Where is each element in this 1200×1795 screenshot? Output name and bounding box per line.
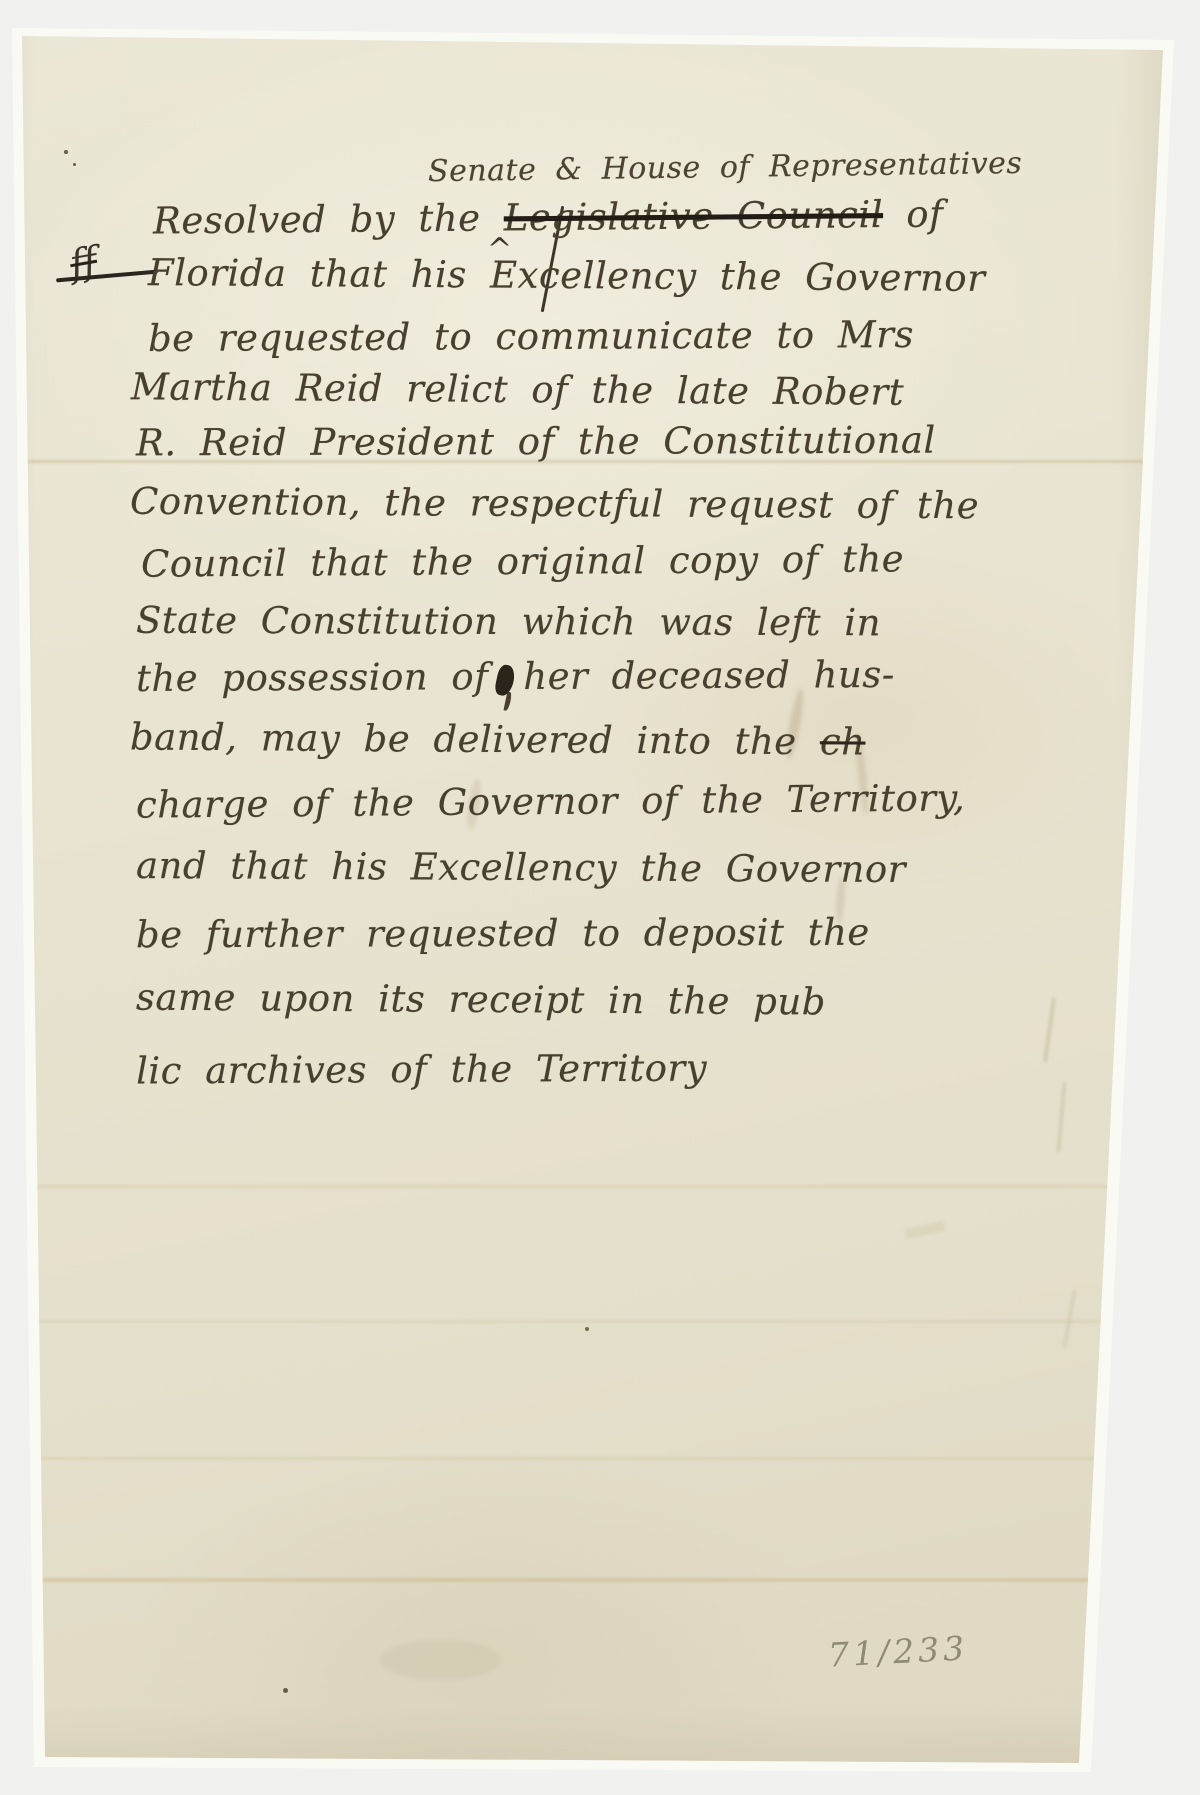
manuscript-line: Council that the original copy of the (141, 537, 904, 585)
handwriting-layer: Senate & House of Representatives ^ ff R… (0, 0, 1200, 1795)
line-text: of (883, 193, 944, 237)
line-text: her deceased hus- (523, 653, 895, 698)
struck-text: ch (820, 720, 866, 763)
line-text: State Constitution which was left in (136, 599, 881, 645)
interlineation-text: Senate & House of Representatives (428, 146, 1023, 189)
manuscript-line: Resolved by the Legislative Council of (153, 193, 944, 243)
manuscript-line: R. Reid President of the Constitutional (136, 419, 936, 465)
line-text: the possession of (136, 655, 489, 700)
line-text: lic archives of the Territory (136, 1047, 707, 1093)
line-text: Martha Reid relict of the late Robert (131, 365, 904, 413)
manuscript-line: the possession ofher deceased hus- (136, 653, 895, 700)
manuscript-line: Martha Reid relict of the late Robert (131, 365, 904, 413)
line-text: R. Reid President of the Constitutional (136, 419, 936, 465)
manuscript-line: Florida that his Excellency the Governor (148, 251, 986, 300)
manuscript-line: be requested to communicate to Mrs (148, 313, 914, 360)
manuscript-line: same upon its receipt in the pub (136, 976, 826, 1024)
manuscript-line: be further requested to deposit the (136, 911, 870, 957)
line-text: be further requested to deposit the (136, 911, 870, 957)
line-text: Resolved by the (153, 196, 504, 242)
line-text: same upon its receipt in the pub (136, 976, 826, 1024)
line-text: Convention, the respectful request of th… (130, 480, 979, 527)
manuscript-line: and that his Excellency the Governor (136, 844, 906, 891)
manuscript-line: State Constitution which was left in (136, 599, 881, 645)
document-scan: Senate & House of Representatives ^ ff R… (0, 0, 1200, 1795)
pencil-page-number: 71/233 (827, 1628, 969, 1674)
line-text: charge of the Governor of the Territory, (136, 776, 966, 826)
line-text: be requested to communicate to Mrs (148, 313, 914, 360)
manuscript-line: charge of the Governor of the Territory, (136, 776, 966, 826)
line-text: Council that the original copy of the (141, 537, 904, 585)
manuscript-line: band, may be delivered into the ch (130, 715, 866, 763)
ink-blot (494, 663, 517, 697)
manuscript-line: Convention, the respectful request of th… (130, 480, 979, 527)
line-text: Florida that his Excellency the Governor (148, 251, 986, 300)
struck-text: Legislative Council (504, 193, 884, 239)
line-text: band, may be delivered into the (130, 715, 820, 763)
interlineation-label: Senate & House of Representatives (428, 146, 1023, 189)
line-text: and that his Excellency the Governor (136, 844, 906, 891)
manuscript-line: lic archives of the Territory (136, 1047, 707, 1093)
